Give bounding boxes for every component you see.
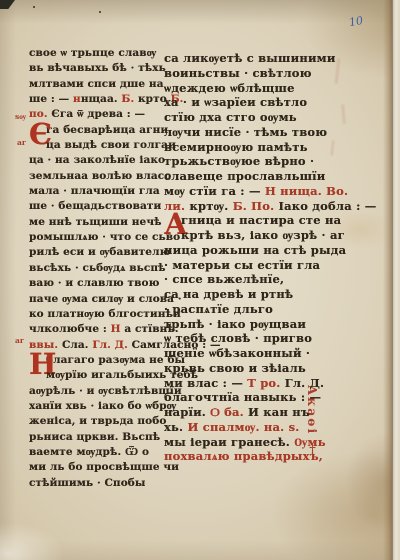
text-line: · распѧтїе дльго [164,302,376,317]
ink-text: трьжьствѹюе вѣрно · [164,154,314,168]
ink-text: стѣйшимь · Спобы [29,477,146,489]
text-line: трьжьствѹюе вѣрно · [164,154,376,169]
ink-text: вьсѣхь · сьбѹдѧ вьспѣ [29,262,166,274]
ink-text: гница и пастира сте на [181,213,341,227]
text-line: похвалѧю правѣдрыхъ, [164,449,376,464]
text-line: са ликѹетѣ с вышиними [164,51,376,66]
rubric-text: Гл. Д. [92,339,131,351]
ink-text: благочтнїа навыкь : — [164,390,321,404]
ink-text: рьниса цркви. Вьспѣ [29,431,160,443]
ink-text: Іако добла : — [279,199,377,213]
ink-text: Гл. Д. [285,376,325,390]
rubric-text: Н [111,323,121,335]
ink-text: ме ннѣ тьщиши нечѣ [29,216,162,228]
ink-text: · матерьи сы естїи гла [164,258,320,272]
margin-mark: ѕѹ [15,112,26,121]
ink-text: ваемте мѹдрѣ. Ѿ о [29,446,149,458]
ink-text: нарїи. [164,405,210,419]
text-line: нарїи. Ѻ ба. И кан нъ [164,405,376,420]
ink-text: ница рожьши на стѣ рыда [164,243,346,257]
ink-text: вь вѣчавыхь бѣ · тѣхь [29,62,166,74]
text-line: кртѣ вьз, іако ѹзрѣ · аг [164,228,376,243]
ink-text: воиньствы · свѣтлою [164,66,312,80]
ink-text: мѹ стїи га : — [164,184,265,198]
text-line: · спсе вьжелѣнїе, [164,272,376,287]
text-line: · матерьи сы естїи гла [164,258,376,273]
ink-text: млтвами спси дше на [29,78,164,90]
manuscript-photo: 10 ѕѹ аг аг Акаѳі † свое ѡ трьпце славѹв… [0,0,400,560]
ink-text: · спсе вьжелѣнїе, [164,272,284,286]
ink-text: лѹчи нисїе · тѣмь твою [164,125,327,139]
ink-text: Сла. [62,339,92,351]
ink-text: ца · на заколѣнїе іако [29,154,165,166]
text-line: ми влас : — Т ро. Гл. Д. [164,376,376,391]
ink-text: ше : — [29,93,73,105]
rubric-text: Б. По. [233,199,279,213]
text-line: ха · и ѡзарїеи свѣтло [164,95,376,110]
ink-text: · распѧтїе дльго [164,302,273,316]
margin-mark: аг [17,138,26,147]
ink-text: ко платнѹю блгостинѣи [29,308,181,320]
ink-text: ми ль бо просвѣщше чи [29,461,179,473]
ink-text: стїю дха стго оѹмь [164,110,297,124]
text-line: воиньствы · свѣтлою [164,66,376,81]
text-line: Агница и пастира сте на [164,213,376,228]
ink-text: ѡ тебѣ словѣ · пригво [164,331,312,345]
text-line: славеще прославльшїи [164,169,376,184]
ink-text: нщаа. [81,93,122,105]
text-line: мы іераи гранесѣ. Ѹмь [164,435,376,450]
book-edge-strip [392,0,400,560]
text-line: стїю дха стго оѹмь [164,110,376,125]
text-line: мѹ стїи га : — Н нища. Во. [164,184,376,199]
ink-text: са ликѹетѣ с вышиними [164,51,336,65]
ink-text: кртѹ. [189,199,232,213]
ink-text: ми влас : — [164,376,247,390]
ink-text: Єга ѿ древа : — [51,108,145,120]
text-line: ѡ тебѣ словѣ · пригво [164,331,376,346]
text-line: лѹчи нисїе · тѣмь твою [164,125,376,140]
ink-text: ше · бещадьствовати [29,200,161,212]
ink-text: мы іераи гранесѣ. [164,435,294,449]
text-line: крьвь свою и зѣіаль [164,361,376,376]
text-line: ница рожьши на стѣ рыда [164,243,376,258]
ink-text: женіса, и тврьда побо [29,415,166,427]
rubric-text: Ѻ ба. [210,405,248,419]
ink-text: са на древѣ и ртнѣ [164,287,293,301]
ink-text: И кан нъ [248,405,310,419]
text-line: стѣйшимь · Спобы [29,476,221,491]
ink-speck [99,11,101,13]
ink-text: всемирноѹю памѣть [164,140,308,154]
ink-text: свое ѡ трьпце славѹ [29,47,156,59]
rubric-text: Ѹмь [294,435,326,449]
ink-text: шенїе ѡбѣзаконный · [164,346,310,360]
text-line: ли. кртѹ. Б. По. Іако добла : — [164,199,376,214]
rubric-text: Н нища. Во. [265,184,348,198]
ink-text: хь. [164,420,187,434]
ink-text: трьпѣ · іако рѹщваи [164,317,306,331]
rubric-text: И спалмѹ. на. ѕ. [187,420,299,434]
rubric-text: похвалѧю правѣдрыхъ, [164,449,323,463]
ink-speck [33,6,35,8]
text-line: трьпѣ · іако рѹщваи [164,317,376,332]
text-line: всемирноѹю памѣть [164,140,376,155]
ink-text: ха · и ѡзарїеи свѣтло [164,95,307,109]
text-line: са на древѣ и ртнѣ [164,287,376,302]
ink-text: ваю · и славлю твою [29,277,159,289]
ink-text: ромышлѧю · что се сьво [29,231,180,243]
parchment-page: 10 ѕѹ аг аг Акаѳі † свое ѡ трьпце славѹв… [0,0,400,560]
ink-text: паче ѹма силѹ и слова · [29,293,182,305]
ink-text: ца выдѣ свои голгаи [46,139,176,151]
ink-text: славеще прославльшїи [164,169,326,183]
ink-text: земльнаа волѣю власо [29,170,171,182]
rubric-text: н [73,93,81,105]
ink-text: кртѣ вьз, іако ѹзрѣ · аг [181,228,345,242]
text-line: шенїе ѡбѣзаконный · [164,346,376,361]
ink-text: га бесварѣица агни [46,124,168,136]
margin-mark: аг [15,336,24,345]
ink-text: крьвь свою и зѣіаль [164,361,306,375]
photo-background-corner [0,0,15,9]
rubric-text: Б. [121,93,138,105]
ink-text: ѡдеждею ѡблѣщше [164,81,295,95]
text-line: благочтнїа навыкь : — [164,390,376,405]
ink-text: аѹрѣль · и ѹсвѣтлѣвшїи [29,385,182,397]
rubric-text: Т ро. [247,376,284,390]
ink-text: члколюбче : [29,323,111,335]
ink-text: мала · плачющїи гла [29,185,160,197]
ink-text: ханїи хвь · іако бо ѡбрѹ [29,400,176,412]
ink-text: рилѣ еси и ѹбавителю [29,246,170,258]
text-column-right: са ликѹетѣ с вышинимивоиньствы · свѣтлою… [164,51,376,464]
text-line: ѡдеждею ѡблѣщше [164,81,376,96]
folio-number: 10 [348,14,364,29]
text-line: хь. И спалмѹ. на. ѕ. [164,420,376,435]
